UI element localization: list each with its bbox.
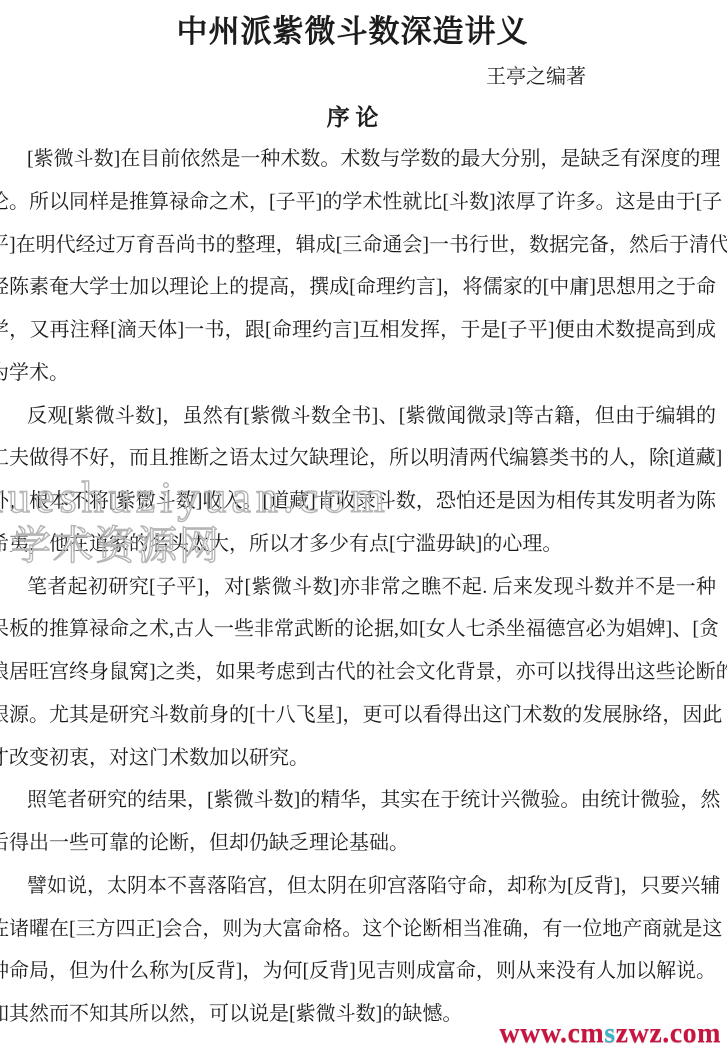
body-line: 平]在明代经过万育吾尚书的整理，辑成[三命通会]一书行世，数据完备，然后于清代 bbox=[0, 224, 716, 267]
body-line: 为学术。 bbox=[0, 352, 716, 395]
body-line: 学，又再注释[滴天体]一书，跟[命理约言]互相发挥，于是[子平]便由术数提高到成 bbox=[0, 309, 716, 352]
body-line: 才改变初衷，对这门术数加以研究。 bbox=[0, 737, 716, 780]
body-line: 种命局，但为什么称为[反背]，为何[反背]见吉则成富命，则从来没有人加以解说。 bbox=[0, 950, 716, 993]
body-line: 论。所以同样是推算禄命之术，[子平]的学术性就比[斗数]浓厚了许多。这是由于[子 bbox=[0, 181, 716, 224]
body-line: 笔者起初研究[子平]，对[紫微斗数]亦非常之瞧不起. 后来发现斗数并不是一种 bbox=[0, 566, 716, 609]
body-line: 工夫做得不好，而且推断之语太过欠缺理论，所以明清两代编篡类书的人，除[道藏] bbox=[0, 437, 716, 480]
section-heading: 序 论 bbox=[0, 99, 716, 132]
author-line: 王亭之编著 bbox=[486, 60, 586, 89]
footer-url-suffix: zwz.com bbox=[616, 1018, 721, 1049]
body-line: 照笔者研究的结果，[紫微斗数]的精华，其实在于统计兴微验。由统计微验，然 bbox=[0, 779, 716, 822]
body-line: 呆板的推算禄命之术,古人一些非常武断的论据,如[女人七杀坐福德宫必为娼婢]、[贪 bbox=[0, 608, 716, 651]
body-line: 后得出一些可靠的论断，但却仍缺乏理论基础。 bbox=[0, 822, 716, 865]
body-line: 希夷，他在道家的名头太大，所以才多少有点[宁滥毋缺]的心理。 bbox=[0, 523, 716, 566]
document-page: 中州派紫微斗数深造讲义 序 论 xueshuziyuan.com 学术资源网 [… bbox=[0, 0, 727, 1055]
body-line: 狼居旺宫终身鼠窝]之类，如果考虑到古代的社会文化背景，亦可以找得出这些论断的 bbox=[0, 651, 716, 694]
body-line: 佐诸曜在[三方四正]会合，则为大富命格。这个论断相当准确，有一位地产商就是这 bbox=[0, 908, 716, 951]
footer-watermark-url: www.cmszwz.com bbox=[499, 1018, 721, 1050]
footer-url-prefix: www.cm bbox=[499, 1018, 604, 1049]
body-line: 譬如说，太阴本不喜落陷宫，但太阴在卯宫落陷守命，却称为[反背]，只要兴辅 bbox=[0, 865, 716, 908]
body-line: 外，根本不将[紫微斗数]收入。[道藏]肯收录斗数，恐怕还是因为相传其发明者为陈 bbox=[0, 480, 716, 523]
body-line: [紫微斗数]在目前依然是一种术数。术数与学数的最大分别，是缺乏有深度的理 bbox=[0, 138, 716, 181]
document-title: 中州派紫微斗数深造讲义 bbox=[0, 6, 716, 51]
body-line: 反观[紫微斗数]，虽然有[紫微斗数全书]、[紫微闻微录]等古籍，但由于编辑的 bbox=[0, 395, 716, 438]
footer-url-mid: s bbox=[604, 1018, 615, 1049]
body-line: 经陈素奄大学士加以理论上的提高，撰成[命理约言]，将儒家的[中庸]思想用之于命 bbox=[0, 266, 716, 309]
body-text: [紫微斗数]在目前依然是一种术数。术数与学数的最大分别，是缺乏有深度的理论。所以… bbox=[0, 138, 716, 1036]
body-line: 根源。尤其是研究斗数前身的[十八飞星]，更可以看得出这门术数的发展脉络，因此 bbox=[0, 694, 716, 737]
